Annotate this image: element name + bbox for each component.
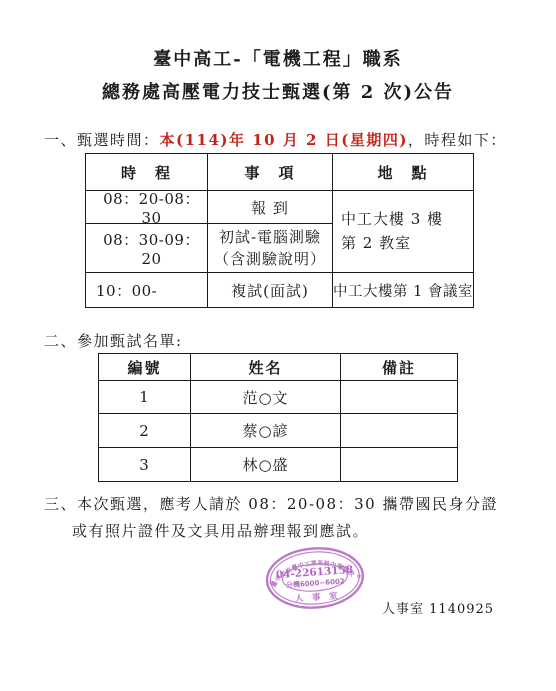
schedule-header-place: 地 點 — [333, 154, 473, 191]
personnel-office-stamp-icon: 臺中市立臺中工業高級中等學校 ✿ ✿ 04-22613158 分機6000~60… — [247, 533, 383, 626]
section-two-heading: 二、參加甄試名單: — [44, 330, 183, 351]
roster-row3-no: 3 — [99, 448, 191, 481]
stamp-left-flower-icon: ✿ — [269, 580, 274, 586]
schedule-row2-time: 08：30-09：20 — [86, 224, 208, 273]
schedule-row1-item: 報 到 — [208, 191, 333, 224]
section-one-heading: 一、甄選時間：本(114)年 10 月 2 日(星期四)，時程如下： — [44, 129, 507, 150]
schedule-row2-item: 初試-電腦測驗 （含測驗說明） — [208, 224, 333, 273]
schedule-row2-item-line1: 初試-電腦測驗 — [219, 226, 321, 249]
footer-doc-number: 1140925 — [429, 602, 494, 617]
roster-row3-note — [341, 448, 457, 481]
schedule-row3-time: 10：00- — [86, 273, 208, 307]
section-one-prefix: 一、甄選時間： — [44, 131, 160, 149]
footer-office: 人事室 — [382, 602, 424, 617]
roster-row1-name: 范○文 — [191, 381, 341, 414]
schedule-row3-item: 複試(面試) — [208, 273, 333, 307]
footer-office-and-docnumber: 人事室 1140925 — [382, 598, 494, 617]
section-three-line1: 三、本次甄選，應考人請於 08：20-08：30 攜帶國民身分證 — [44, 493, 498, 514]
section-one-suffix: ，時程如下： — [408, 131, 507, 149]
roster-row1-note — [341, 381, 457, 414]
announcement-document: 臺中高工-「電機工程」職系 總務處高壓電力技士甄選(第 2 次)公告 一、甄選時… — [0, 0, 556, 691]
roster-header-no: 編號 — [99, 354, 191, 381]
roster-row3-name: 林○盛 — [191, 448, 341, 481]
schedule-header-item: 事 項 — [208, 154, 333, 191]
schedule-merged-place: 中工大樓 3 樓 第 2 教室 — [333, 191, 473, 273]
roster-row2-no: 2 — [99, 414, 191, 448]
schedule-row1-time: 08：20-08：30 — [86, 191, 208, 224]
roster-table: 編號 姓名 備註 1 范○文 2 蔡○諺 3 林○盛 — [98, 353, 458, 482]
roster-row2-name: 蔡○諺 — [191, 414, 341, 448]
roster-row2-note — [341, 414, 457, 448]
stamp-right-flower-icon: ✿ — [356, 574, 361, 580]
page-title-line1: 臺中高工-「電機工程」職系 — [0, 45, 556, 71]
schedule-table: 時 程 事 項 地 點 08：20-08：30 報 到 中工大樓 3 樓 第 2… — [85, 153, 474, 308]
stamp-office-name: 人 事 室 — [295, 590, 339, 604]
schedule-row2-item-line2: （含測驗說明） — [214, 248, 326, 271]
section-one-date-highlight: 本(114)年 10 月 2 日(星期四) — [160, 131, 408, 149]
roster-header-name: 姓名 — [191, 354, 341, 381]
schedule-header-time: 時 程 — [86, 154, 208, 191]
schedule-merged-place-line1: 中工大樓 3 樓 — [341, 208, 443, 231]
roster-row1-no: 1 — [99, 381, 191, 414]
schedule-row3-place: 中工大樓第 1 會議室 — [333, 273, 473, 307]
page-title-line2: 總務處高壓電力技士甄選(第 2 次)公告 — [0, 78, 556, 104]
schedule-merged-place-line2: 第 2 教室 — [341, 232, 411, 255]
roster-header-note: 備註 — [341, 354, 457, 381]
